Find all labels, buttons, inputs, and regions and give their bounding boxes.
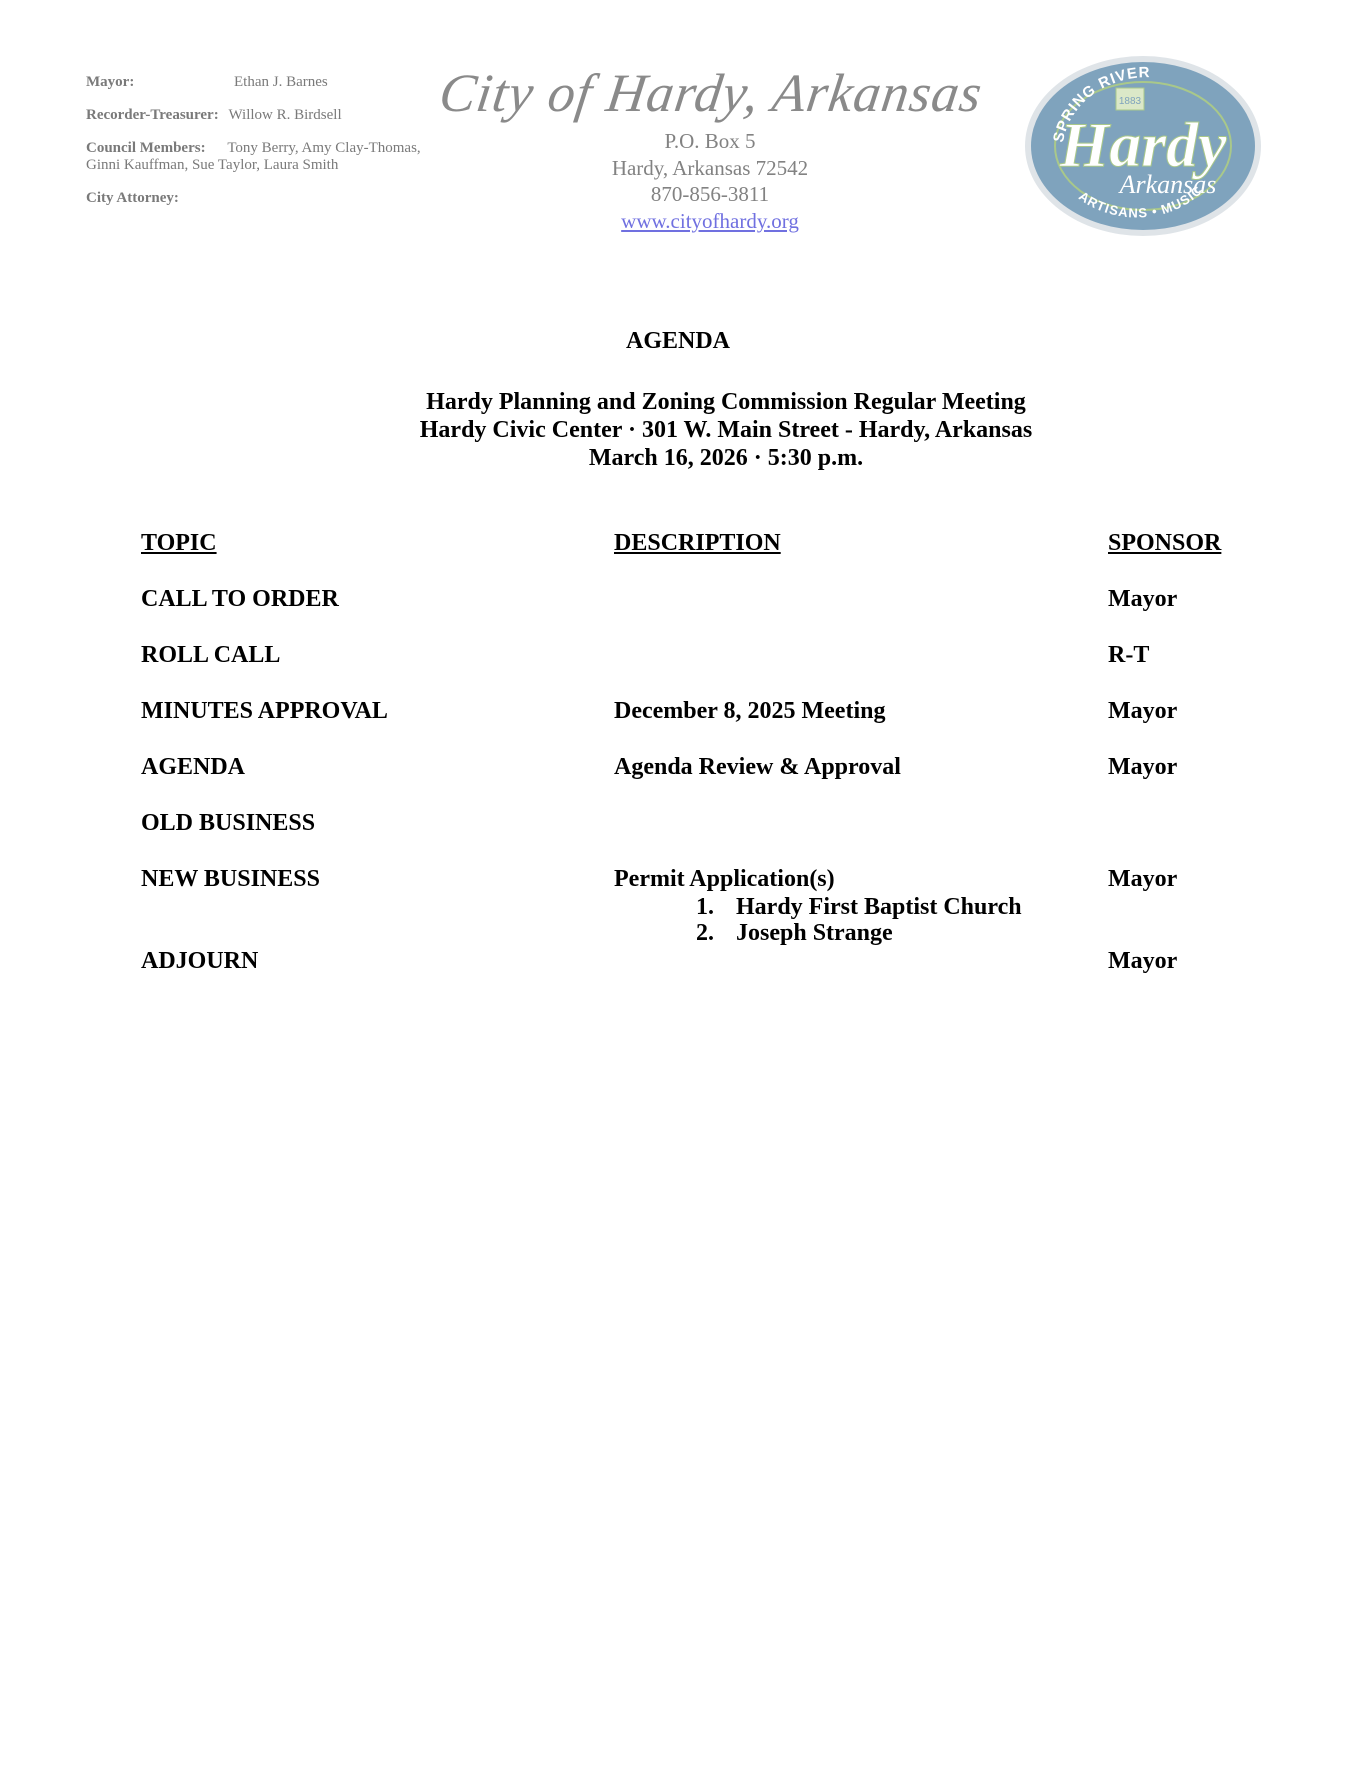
row-sponsor: Mayor [1108, 698, 1177, 725]
recorder-name: Willow R. Birdsell [228, 107, 341, 123]
hardy-badge-icon: SPRING RIVER 1883 Hardy Arkansas ARTISAN… [1018, 48, 1268, 243]
row-topic: AGENDA [141, 754, 245, 781]
row-description: Agenda Review & Approval [614, 754, 901, 781]
permit-number: 1. [696, 894, 736, 920]
table-row: AGENDA Agenda Review & Approval Mayor [141, 754, 1251, 782]
city-state-zip: Hardy, Arkansas 72542 [440, 155, 980, 182]
hardy-logo: SPRING RIVER 1883 Hardy Arkansas ARTISAN… [1018, 48, 1268, 243]
table-row: NEW BUSINESS Permit Application(s) Mayor… [141, 866, 1251, 894]
mayor-row: Mayor: Ethan J. Barnes [86, 74, 426, 91]
table-row: MINUTES APPROVAL December 8, 2025 Meetin… [141, 698, 1251, 726]
mayor-label: Mayor: [86, 74, 134, 90]
website-link[interactable]: www.cityofhardy.org [621, 209, 799, 233]
permit-list: 1.Hardy First Baptist Church 2.Joseph St… [696, 894, 1022, 946]
svg-text:1883: 1883 [1119, 96, 1142, 107]
agenda-table: TOPIC DESCRIPTION SPONSOR CALL TO ORDER … [141, 530, 1251, 1004]
recorder-label: Recorder-Treasurer: [86, 107, 219, 123]
row-sponsor: Mayor [1108, 754, 1177, 781]
city-title: City of Hardy, Arkansas [435, 58, 985, 128]
po-box: P.O. Box 5 [440, 128, 980, 155]
row-topic: ROLL CALL [141, 642, 280, 669]
attorney-label: City Attorney: [86, 190, 179, 206]
council-label: Council Members: [86, 140, 206, 156]
table-row: OLD BUSINESS [141, 810, 1251, 838]
attorney-row: City Attorney: [86, 190, 426, 207]
row-topic: ADJOURN [141, 948, 258, 975]
permit-name: Joseph Strange [736, 920, 893, 946]
agenda-heading: AGENDA [0, 328, 1356, 355]
mayor-name: Ethan J. Barnes [234, 74, 328, 91]
header-topic: TOPIC [141, 530, 217, 557]
officials-block: Mayor: Ethan J. Barnes Recorder-Treasure… [86, 74, 426, 223]
row-sponsor: R-T [1108, 642, 1149, 669]
meeting-location: Hardy Civic Center · 301 W. Main Street … [0, 416, 1356, 444]
permit-name: Hardy First Baptist Church [736, 894, 1022, 920]
row-sponsor: Mayor [1108, 866, 1177, 893]
row-sponsor: Mayor [1108, 948, 1177, 975]
row-topic: NEW BUSINESS [141, 866, 320, 893]
permit-number: 2. [696, 920, 736, 946]
phone: 870-856-3811 [440, 181, 980, 208]
meeting-info: Hardy Planning and Zoning Commission Reg… [0, 388, 1356, 472]
permit-item: 2.Joseph Strange [696, 920, 1022, 946]
table-row: CALL TO ORDER Mayor [141, 586, 1251, 614]
row-description: Permit Application(s) [614, 866, 835, 893]
council-row: Council Members: Tony Berry, Amy Clay-Th… [86, 140, 426, 174]
letterhead: City of Hardy, Arkansas P.O. Box 5 Hardy… [440, 58, 980, 234]
row-topic: OLD BUSINESS [141, 810, 315, 837]
row-topic: CALL TO ORDER [141, 586, 339, 613]
meeting-datetime: March 16, 2026 · 5:30 p.m. [0, 444, 1356, 472]
row-sponsor: Mayor [1108, 586, 1177, 613]
table-header: TOPIC DESCRIPTION SPONSOR [141, 530, 1251, 558]
table-row: ROLL CALL R-T [141, 642, 1251, 670]
header-sponsor: SPONSOR [1108, 530, 1221, 557]
row-topic: MINUTES APPROVAL [141, 698, 388, 725]
permit-item: 1.Hardy First Baptist Church [696, 894, 1022, 920]
row-description: December 8, 2025 Meeting [614, 698, 885, 725]
table-row: ADJOURN Mayor [141, 948, 1251, 976]
meeting-title: Hardy Planning and Zoning Commission Reg… [0, 388, 1356, 416]
header-description: DESCRIPTION [614, 530, 781, 557]
recorder-row: Recorder-Treasurer: Willow R. Birdsell [86, 107, 426, 124]
